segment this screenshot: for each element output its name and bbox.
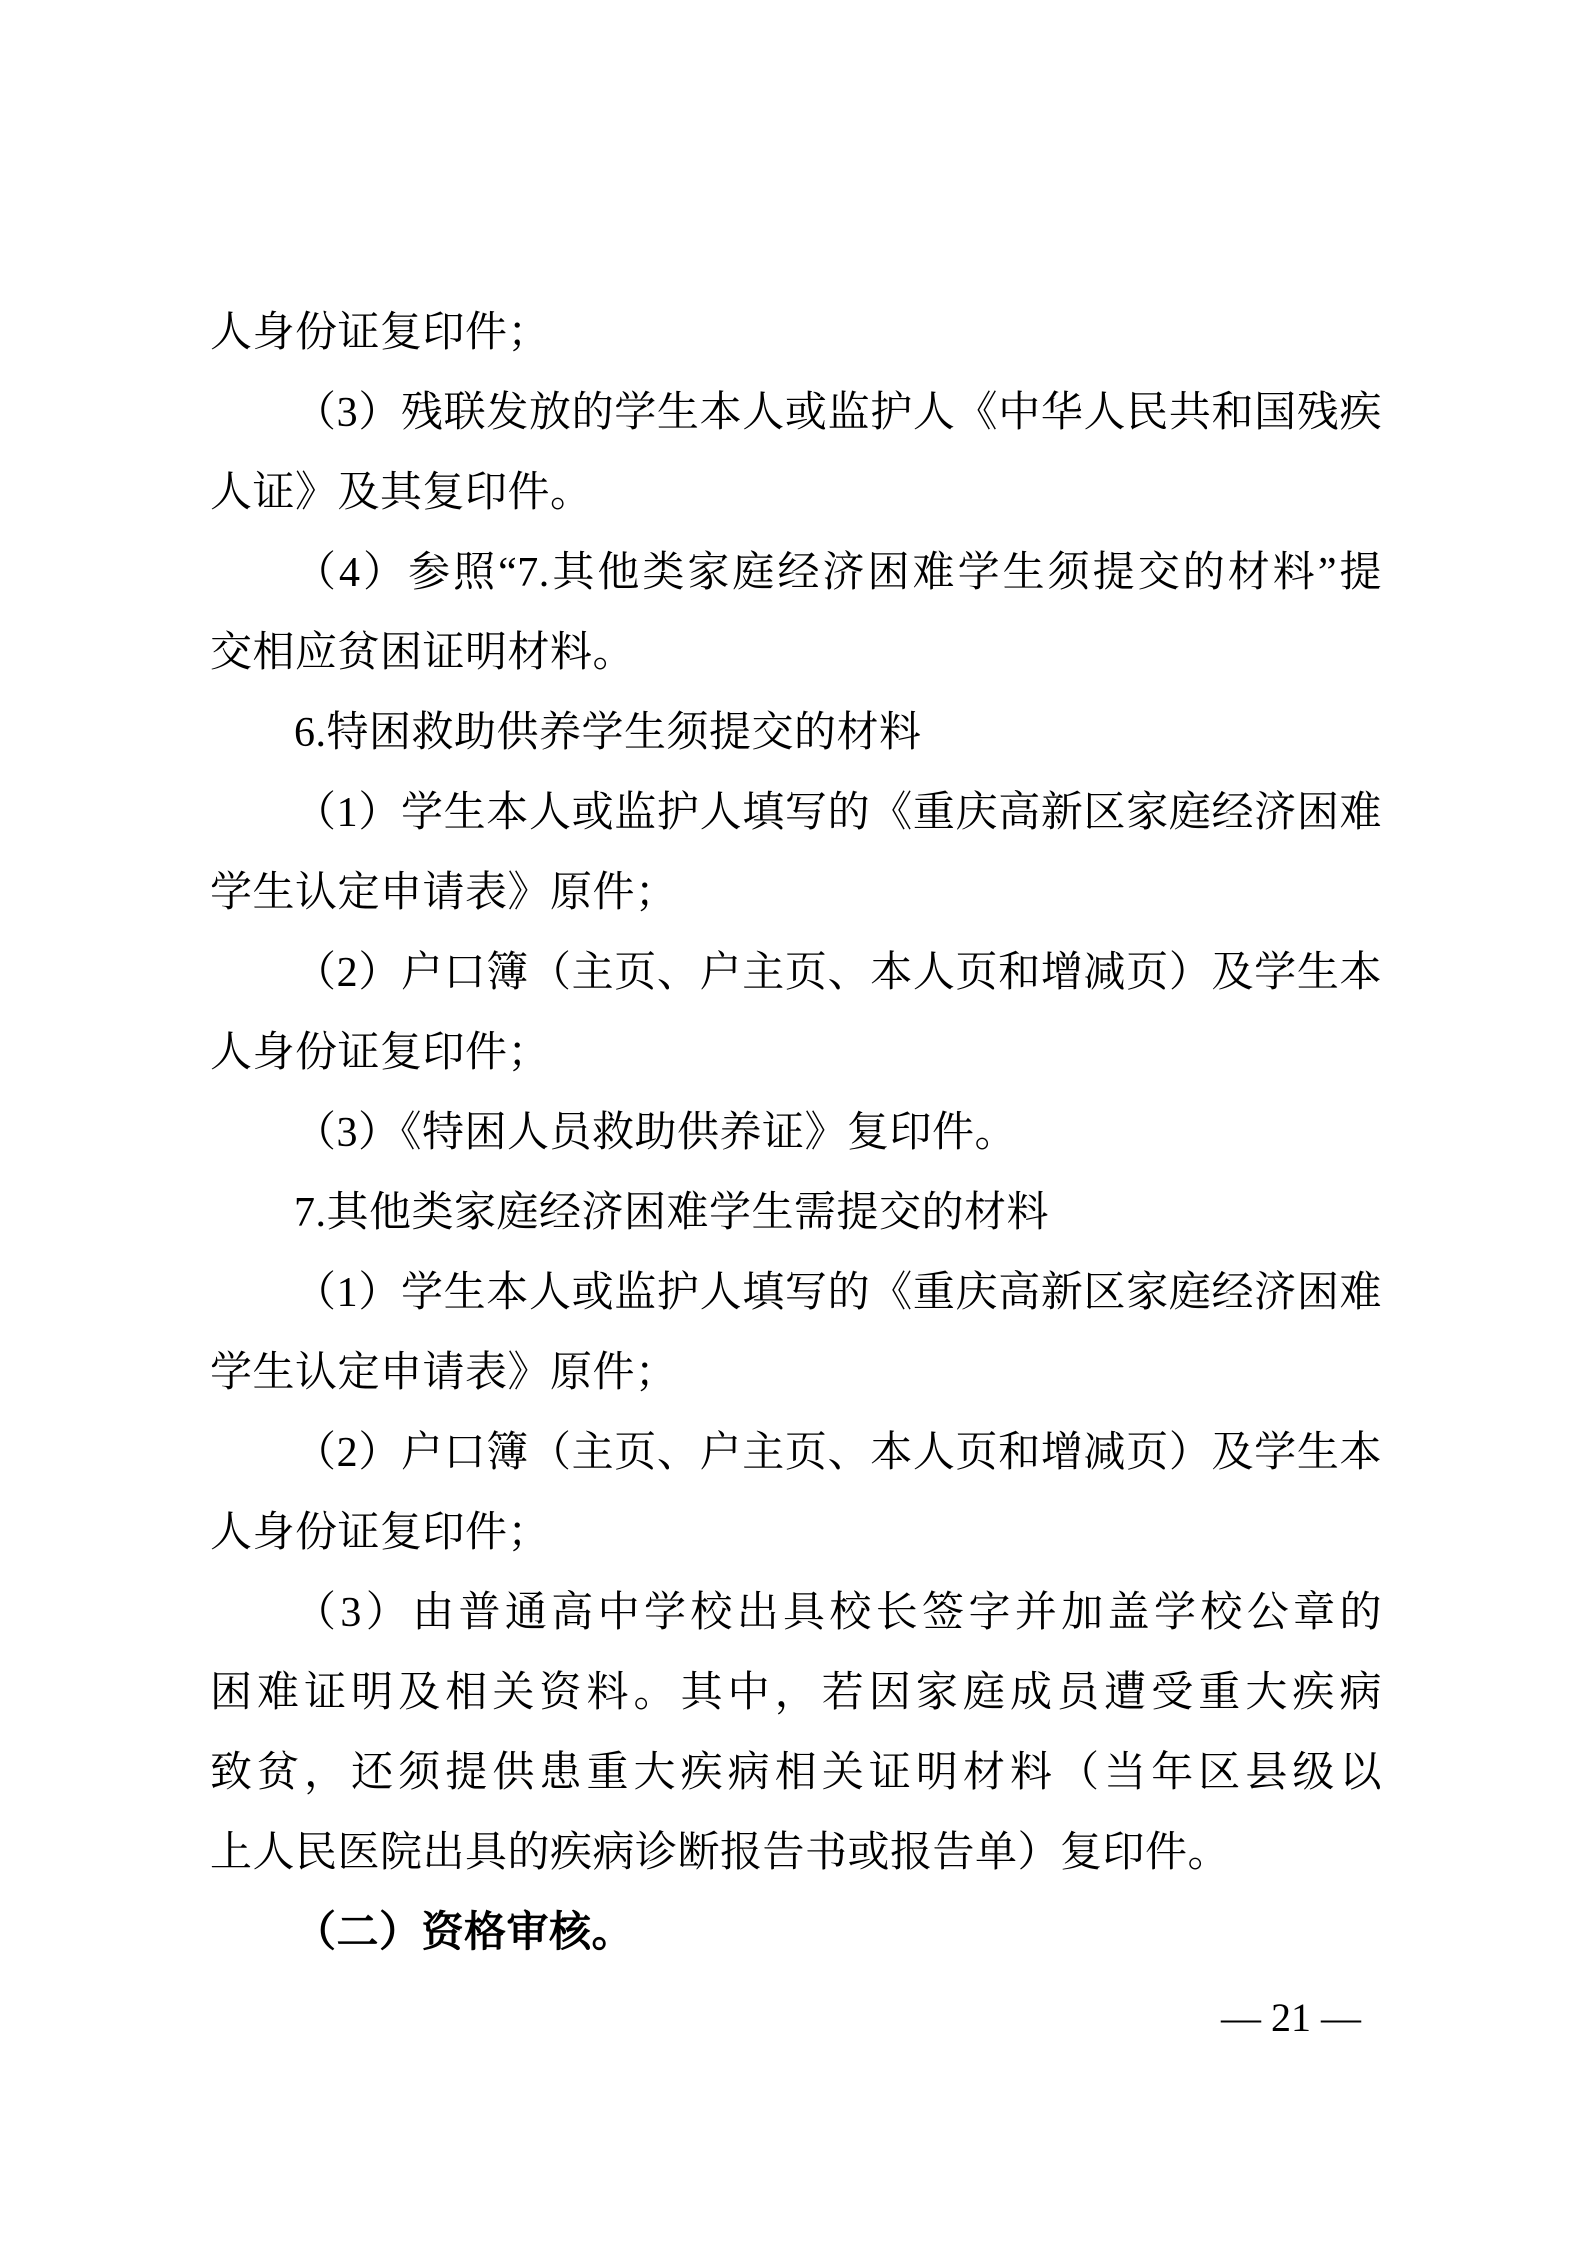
text-line: （2）户口簿（主页、户主页、本人页和增减页）及学生本 xyxy=(210,1413,1382,1493)
text-line: 人证》及其复印件。 xyxy=(210,453,1382,533)
page-number: — 21 — xyxy=(1206,1990,1376,2046)
document-body: 人身份证复印件；（3）残联发放的学生本人或监护人《中华人民共和国残疾人证》及其复… xyxy=(210,293,1382,1973)
text-line: 上人民医院出具的疾病诊断报告书或报告单）复印件。 xyxy=(210,1813,1382,1893)
document-page: 人身份证复印件；（3）残联发放的学生本人或监护人《中华人民共和国残疾人证》及其复… xyxy=(0,0,1587,2245)
text-line: （二）资格审核。 xyxy=(210,1893,1382,1973)
text-line: （3）由普通高中学校出具校长签字并加盖学校公章的 xyxy=(210,1573,1382,1653)
text-line: 困难证明及相关资料。其中，若因家庭成员遭受重大疾病 xyxy=(210,1653,1382,1733)
text-line: 人身份证复印件； xyxy=(210,1013,1382,1093)
text-line: 人身份证复印件； xyxy=(210,1493,1382,1573)
text-line: 学生认定申请表》原件； xyxy=(210,853,1382,933)
text-line: 6.特困救助供养学生须提交的材料 xyxy=(210,693,1382,773)
text-line: 学生认定申请表》原件； xyxy=(210,1333,1382,1413)
text-line: （3）《特困人员救助供养证》复印件。 xyxy=(210,1093,1382,1173)
text-line: 7.其他类家庭经济困难学生需提交的材料 xyxy=(210,1173,1382,1253)
text-line: （3）残联发放的学生本人或监护人《中华人民共和国残疾 xyxy=(210,373,1382,453)
text-line: （2）户口簿（主页、户主页、本人页和增减页）及学生本 xyxy=(210,933,1382,1013)
text-line: （1）学生本人或监护人填写的《重庆高新区家庭经济困难 xyxy=(210,773,1382,853)
text-line: 交相应贫困证明材料。 xyxy=(210,613,1382,693)
text-line: 人身份证复印件； xyxy=(210,293,1382,373)
text-line: 致贫，还须提供患重大疾病相关证明材料（当年区县级以 xyxy=(210,1733,1382,1813)
text-line: （1）学生本人或监护人填写的《重庆高新区家庭经济困难 xyxy=(210,1253,1382,1333)
text-line: （4）参照“7.其他类家庭经济困难学生须提交的材料”提 xyxy=(210,533,1382,613)
